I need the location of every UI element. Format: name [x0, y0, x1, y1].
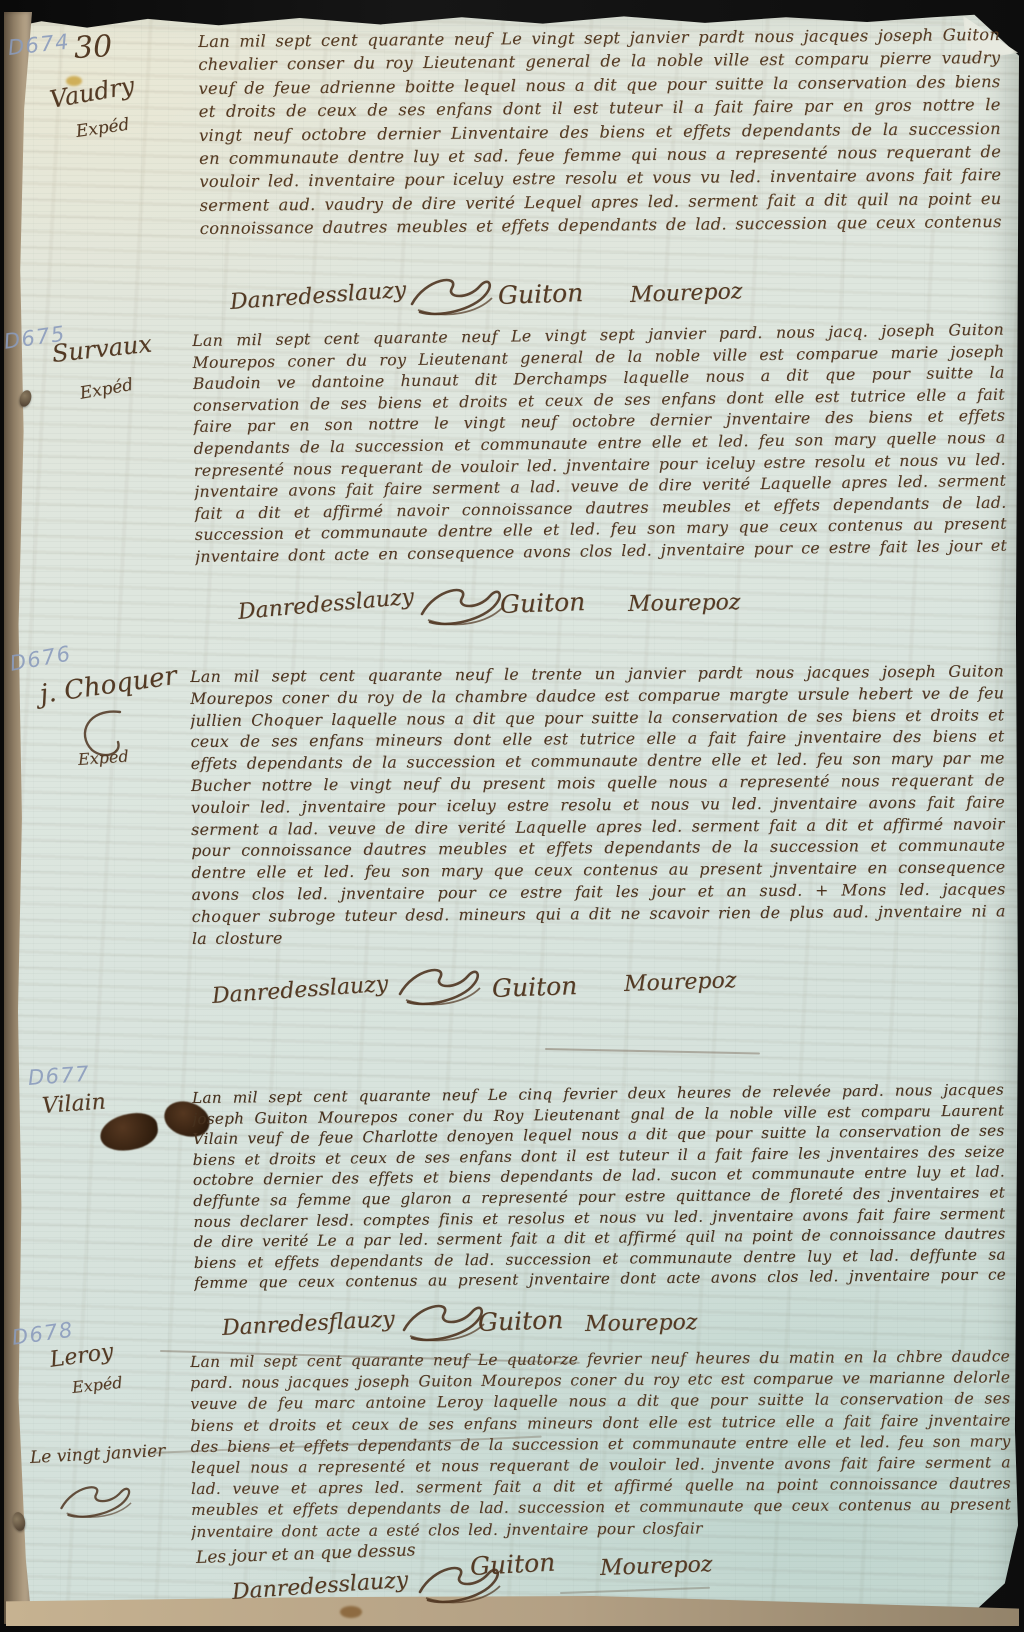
act-text: Lan mil sept cent quarante neuf Le cinq … [192, 1079, 1006, 1293]
signature-mourepoz: Mourepoz [624, 968, 737, 997]
archival-number: D677 [27, 1062, 91, 1090]
act-text: Lan mil sept cent quarante neuf Le vingt… [198, 23, 1002, 242]
scan-background: 30 D674 Vaudry Expéd Lan mil sept cent q… [0, 0, 1024, 1632]
paraph-flourish-icon [408, 274, 500, 320]
signature-mourepoz: Mourepoz [600, 1552, 713, 1581]
margin-note-expedie: Expéd [77, 746, 129, 768]
act-text: Lan mil sept cent quarante neuf Le vingt… [192, 319, 1007, 568]
paraph-flourish-icon [418, 584, 510, 630]
signature-mourepoz: Mourepoz [630, 279, 743, 308]
paraph-flourish-icon [396, 964, 488, 1010]
paper-stain [340, 1606, 362, 1618]
signature-guiton: Guiton [497, 278, 583, 310]
signature-guiton: Guiton [477, 1305, 563, 1337]
signature-guiton: Guiton [499, 587, 585, 619]
act-text: Lan mil sept cent quarante neuf le trent… [190, 660, 1006, 949]
signature-mourepoz: Mourepoz [585, 1310, 698, 1337]
margin-name: Vilain [41, 1090, 106, 1119]
paraph-flourish-icon [58, 1480, 138, 1524]
signature-mourepoz: Mourepoz [628, 590, 741, 617]
folio-number: 30 [73, 29, 113, 66]
signature-guiton: Guiton [491, 971, 577, 1003]
paraph-flourish-icon [416, 1562, 508, 1608]
